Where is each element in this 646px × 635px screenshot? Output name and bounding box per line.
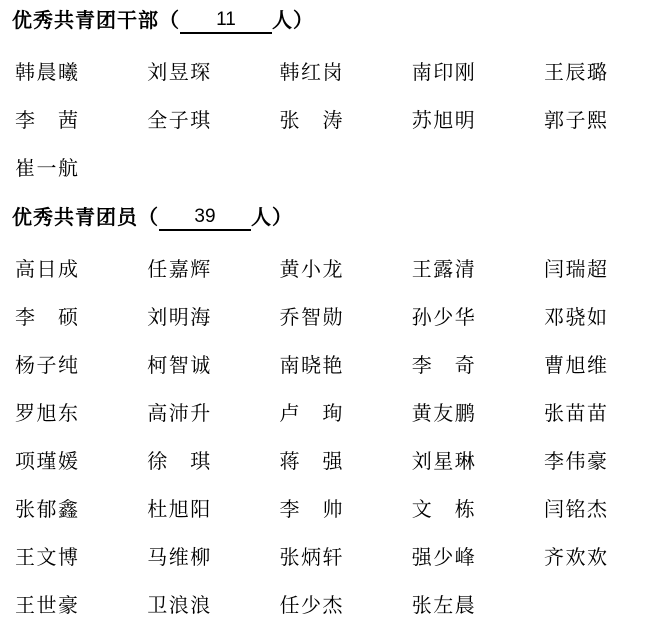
name-item: 卢 珣 <box>280 403 346 426</box>
name-item: 柯智诚 <box>147 355 213 378</box>
name-item: 杜旭阳 <box>147 499 213 522</box>
name-item: 张炳轩 <box>280 547 346 570</box>
section-members-title: 优秀共青团员（39人） <box>12 205 646 231</box>
name-item: 文 栋 <box>412 499 478 522</box>
name-item: 苏旭明 <box>412 110 478 133</box>
name-item: 乔智勋 <box>280 307 346 330</box>
section-league-members: 优秀共青团员（39人） 高日成任嘉辉黄小龙王露清闫瑞超李 硕刘明海乔智勋孙少华邓… <box>0 205 646 618</box>
name-item: 黄小龙 <box>280 259 346 282</box>
name-item: 王辰璐 <box>544 62 610 85</box>
name-item: 韩红岗 <box>280 62 346 85</box>
name-item: 齐欢欢 <box>544 547 610 570</box>
name-item: 张郁鑫 <box>15 499 81 522</box>
name-item: 孙少华 <box>412 307 478 330</box>
name-item: 李 硕 <box>15 307 81 330</box>
name-item: 张左晨 <box>412 595 478 618</box>
name-item: 闫铭杰 <box>544 499 610 522</box>
name-item: 张苗苗 <box>544 403 610 426</box>
name-item: 张 涛 <box>280 110 346 133</box>
cadres-count: 11 <box>216 9 236 30</box>
name-item: 蒋 强 <box>280 451 346 474</box>
name-item: 郭子熙 <box>544 110 610 133</box>
name-item: 李 奇 <box>412 355 478 378</box>
name-item: 闫瑞超 <box>544 259 610 282</box>
name-item: 项瑾媛 <box>15 451 81 474</box>
name-item: 高沛升 <box>147 403 213 426</box>
section-league-cadres: 优秀共青团干部（11人） 韩晨曦刘昱琛韩红岗南印刚王辰璐李 茜全子琪张 涛苏旭明… <box>0 8 646 181</box>
name-item: 南晓艳 <box>280 355 346 378</box>
name-item: 刘明海 <box>147 307 213 330</box>
name-item: 王露清 <box>412 259 478 282</box>
members-count: 39 <box>194 206 215 227</box>
name-item: 罗旭东 <box>15 403 81 426</box>
count-blank-underline: 11 <box>180 8 272 34</box>
members-name-grid: 高日成任嘉辉黄小龙王露清闫瑞超李 硕刘明海乔智勋孙少华邓骁如杨子纯柯智诚南晓艳李… <box>15 259 610 618</box>
name-item: 刘昱琛 <box>147 62 213 85</box>
name-item: 崔一航 <box>15 158 81 181</box>
name-item: 强少峰 <box>412 547 478 570</box>
name-item: 任少杰 <box>280 595 346 618</box>
name-item: 刘星琳 <box>412 451 478 474</box>
name-item: 黄友鹏 <box>412 403 478 426</box>
section-title-prefix: 优秀共青团干部（ <box>12 10 180 32</box>
name-item: 李伟豪 <box>544 451 610 474</box>
name-item: 高日成 <box>15 259 81 282</box>
name-item: 曹旭维 <box>544 355 610 378</box>
name-item: 邓骁如 <box>544 307 610 330</box>
name-item: 王文博 <box>15 547 81 570</box>
document-page: 优秀共青团干部（11人） 韩晨曦刘昱琛韩红岗南印刚王辰璐李 茜全子琪张 涛苏旭明… <box>0 8 646 618</box>
section-title-prefix: 优秀共青团员（ <box>12 207 159 229</box>
count-blank-underline: 39 <box>159 205 251 231</box>
cadres-name-grid: 韩晨曦刘昱琛韩红岗南印刚王辰璐李 茜全子琪张 涛苏旭明郭子熙崔一航 <box>15 62 610 181</box>
name-item: 王世豪 <box>15 595 81 618</box>
name-item: 韩晨曦 <box>15 62 81 85</box>
name-item: 任嘉辉 <box>147 259 213 282</box>
name-item: 李 茜 <box>15 110 81 133</box>
name-item: 卫浪浪 <box>147 595 213 618</box>
name-item: 马维柳 <box>147 547 213 570</box>
section-cadres-title: 优秀共青团干部（11人） <box>12 8 646 34</box>
name-item: 杨子纯 <box>15 355 81 378</box>
name-item: 徐 琪 <box>147 451 213 474</box>
section-title-suffix: 人） <box>251 207 293 229</box>
section-title-suffix: 人） <box>272 10 314 32</box>
name-item: 李 帅 <box>280 499 346 522</box>
name-item: 全子琪 <box>147 110 213 133</box>
name-item: 南印刚 <box>412 62 478 85</box>
